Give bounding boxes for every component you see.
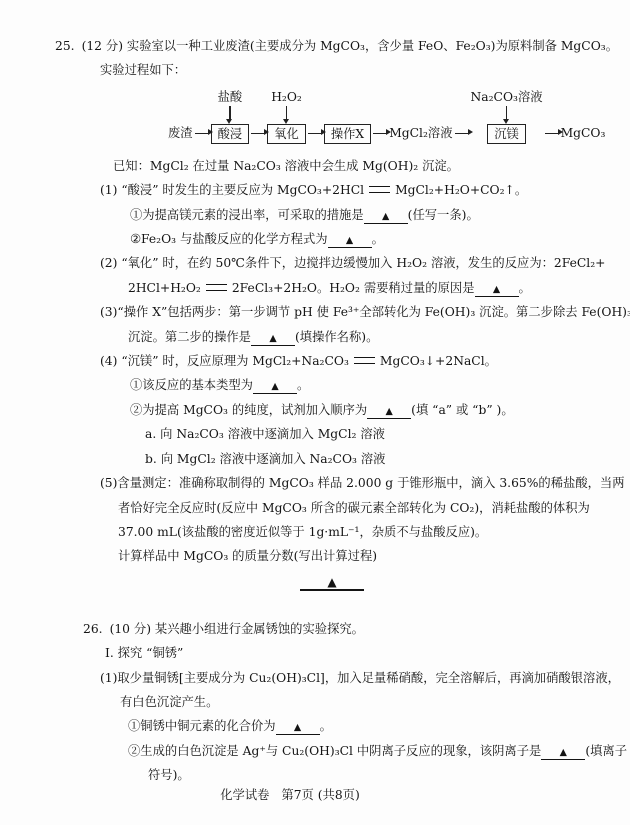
answer-area-blank: ▲ (300, 574, 364, 591)
q26-section1-title: I. 探究 “铜锈” (105, 641, 630, 665)
q25-part5-line4: 计算样品中 MgCO₃ 的质量分数(写出计算过程) (118, 544, 630, 568)
q26-header-line: 26.(10 分) 某兴趣小组进行金属锈蚀的实验探究。 (83, 617, 630, 641)
arrow-right-icon (545, 133, 558, 134)
q26-number: 26. (83, 622, 103, 636)
exam-page: 25.(12 分) 实验室以一种工业废渣(主要成分为 MgCO₃，含少量 FeO… (0, 0, 630, 825)
arrow-down-icon (229, 106, 230, 119)
q25-part4-post: MgCO₃↓+2NaCl。 (380, 354, 497, 368)
q25-part3-line2: 沉淀。第二步的操作是▲(填操作名称)。 (128, 325, 630, 349)
answer-blank: ▲ (364, 211, 408, 224)
answer-blank: ▲ (251, 333, 295, 346)
q25-number: 25. (55, 39, 75, 53)
arrow-down-icon (286, 106, 287, 119)
q26-sub1-tail: 。 (320, 719, 332, 733)
answer-blank: ▲ (541, 747, 585, 760)
q25-process-label: 实验过程如下： (100, 58, 630, 82)
q26-part1-line2: 有白色沉淀产生。 (120, 690, 630, 714)
question-26: 26.(10 分) 某兴趣小组进行金属锈蚀的实验探究。 I. 探究 “铜锈” (… (0, 617, 630, 788)
q26-part1-line1: (1)取少量铜锈[主要成分为 Cu₂(OH)₃Cl]，加入足量稀硝酸，完全溶解后… (100, 666, 630, 690)
q25-part4-sub2-tail: (填 “a” 或 “b” )。 (411, 403, 513, 417)
q25-part5-line3: 37.00 mL(该盐酸的密度近似等于 1g·mL⁻¹，杂质不与盐酸反应)。 (118, 520, 630, 544)
q25-part1-pre: (1) “酸浸” 时发生的主要反应为 MgCO₃+2HCl (100, 183, 364, 197)
q25-part4-sub1-tail: 。 (297, 378, 309, 392)
footer-doc-title: 化学试卷 (220, 788, 269, 802)
q25-part2-tail: 。 (519, 281, 531, 295)
section-gap (0, 591, 630, 617)
flow-mgcl2-solution-label: MgCl₂溶液 (389, 125, 452, 142)
answer-blank: ▲ (276, 722, 320, 735)
q25-part2-line2: 2HCl+H₂O₂2FeCl₃+2H₂O。H₂O₂ 需要稍过量的原因是▲。 (128, 276, 630, 300)
q26-sub2-text: ②生成的白色沉淀是 Ag⁺与 Cu₂(OH)₃Cl 中阴离子反应的现象，该阴离子… (128, 744, 541, 758)
q25-option-a: a. 向 Na₂CO₃ 溶液中逐滴加入 MgCl₂ 溶液 (145, 422, 630, 446)
q25-option-b: b. 向 MgCl₂ 溶液中逐滴加入 Na₂CO₃ 溶液 (145, 447, 630, 471)
q25-header-line: 25.(12 分) 实验室以一种工业废渣(主要成分为 MgCO₃，含少量 FeO… (55, 34, 630, 58)
q25-part5-line2: 者恰好完全反应时(反应中 MgCO₃ 所含的碳元素全部转化为 CO₂)，消耗盐酸… (118, 496, 630, 520)
q25-part1-line: (1) “酸浸” 时发生的主要反应为 MgCO₃+2HClMgCl₂+H₂O+C… (100, 178, 630, 202)
q25-known-line: 已知：MgCl₂ 在过量 Na₂CO₃ 溶液中会生成 Mg(OH)₂ 沉淀。 (113, 154, 630, 178)
q25-part4-sub1-text: ①该反应的基本类型为 (130, 378, 253, 392)
arrow-down-icon (506, 106, 507, 119)
answer-blank: ▲ (475, 284, 519, 297)
q25-part2-line1: (2) “氧化” 时，在约 50℃条件下，边搅拌边缓慢加入 H₂O₂ 溶液，发生… (100, 251, 630, 275)
arrow-right-icon (308, 133, 321, 134)
flow-box-acid-leach: 酸浸 (211, 124, 250, 144)
q26-sub2-line1: ②生成的白色沉淀是 Ag⁺与 Cu₂(OH)₃Cl 中阴离子反应的现象，该阴离子… (128, 739, 630, 763)
flow-h2o2-input-label: H₂O₂ (271, 90, 302, 105)
chem-equals-sign (369, 186, 390, 193)
question-25: 25.(12 分) 实验室以一种工业废渣(主要成分为 MgCO₃，含少量 FeO… (0, 34, 630, 591)
process-flowchart: 废渣 盐酸 酸浸 H₂O₂ 氧化 操作X (0, 90, 630, 144)
q26-sub2-tail: (填离子 (585, 744, 627, 758)
q25-part4-sub2-text: ②为提高 MgCO₃ 的纯度，试剂加入顺序为 (130, 403, 367, 417)
arrow-right-icon (251, 133, 264, 134)
flow-na2co3-input-label: Na₂CO₃溶液 (471, 90, 543, 105)
flow-box-precipitate-mg: 沉镁 (487, 124, 526, 144)
flow-feedstock-label: 废渣 (168, 125, 193, 142)
q25-part4-sub2-line: ②为提高 MgCO₃ 的纯度，试剂加入顺序为▲(填 “a” 或 “b” )。 (130, 398, 630, 422)
page-footer: 化学试卷第7页 (共8页) (0, 786, 580, 804)
q25-part2-eq-right: 2FeCl₃+2H₂O。H₂O₂ 需要稍过量的原因是 (232, 281, 475, 295)
q25-part3-tail: (填操作名称)。 (295, 330, 378, 344)
q25-part4-line: (4) “沉镁” 时，反应原理为 MgCl₂+Na₂CO₃MgCO₃↓+2NaC… (100, 349, 630, 373)
arrow-right-icon (195, 133, 208, 134)
q25-intro-text: (12 分) 实验室以一种工业废渣(主要成分为 MgCO₃，含少量 FeO、Fe… (82, 39, 618, 53)
chem-equals-sign (206, 284, 227, 291)
flow-station-oxidize: H₂O₂ 氧化 (267, 90, 306, 144)
q25-part1-post: MgCl₂+H₂O+CO₂↑。 (395, 183, 527, 197)
q25-part3-line1: (3)“操作 X”包括两步：第一步调节 pH 使 Fe³⁺全部转化为 Fe(OH… (100, 300, 630, 324)
footer-page-number: 第7页 (共8页) (281, 788, 359, 802)
q25-part1-sub1-text: ①为提高镁元素的浸出率，可采取的措施是 (130, 208, 364, 222)
q25-part1-sub1-line: ①为提高镁元素的浸出率，可采取的措施是▲(任写一条)。 (130, 203, 630, 227)
q25-part4-sub1-line: ①该反应的基本类型为▲。 (130, 373, 630, 397)
q26-sub1-text: ①铜锈中铜元素的化合价为 (128, 719, 276, 733)
q25-part1-sub1-tail: (任写一条)。 (408, 208, 479, 222)
q25-part1-sub2-text: ②Fe₂O₃ 与盐酸反应的化学方程式为 (130, 232, 328, 246)
q26-sub2-line2: 符号)。 (148, 763, 630, 787)
flow-hcl-input-label: 盐酸 (218, 90, 243, 105)
q25-part1-sub2-tail: 。 (372, 232, 384, 246)
answer-blank: ▲ (367, 406, 411, 419)
q26-sub1-line: ①铜锈中铜元素的化合价为▲。 (128, 714, 630, 738)
q25-part3-text: 沉淀。第二步的操作是 (128, 330, 251, 344)
chem-equals-sign (354, 357, 375, 364)
flow-box-operation-x: 操作X (324, 124, 371, 144)
flow-station-precipitate-mg: Na₂CO₃溶液 沉镁 (471, 90, 543, 144)
flow-box-oxidize: 氧化 (267, 124, 306, 144)
flow-product-label: MgCO₃ (561, 125, 606, 142)
q25-part4-pre: (4) “沉镁” 时，反应原理为 MgCl₂+Na₂CO₃ (100, 354, 349, 368)
q25-part2-eq-left: 2HCl+H₂O₂ (128, 281, 201, 295)
q25-part1-sub2-line: ②Fe₂O₃ 与盐酸反应的化学方程式为▲。 (130, 227, 630, 251)
q25-part5-line1: (5)含量测定：准确称取制得的 MgCO₃ 样品 2.000 g 于锥形瓶中，滴… (100, 471, 630, 495)
arrow-right-icon (455, 133, 468, 134)
flow-station-acid-leach: 盐酸 酸浸 (211, 90, 250, 144)
answer-blank: ▲ (253, 381, 297, 394)
arrow-right-icon (373, 133, 386, 134)
flowchart-row: 废渣 盐酸 酸浸 H₂O₂ 氧化 操作X (168, 90, 630, 144)
q26-intro-text: (10 分) 某兴趣小组进行金属锈蚀的实验探究。 (110, 622, 364, 636)
answer-blank: ▲ (328, 235, 372, 248)
page-content: 25.(12 分) 实验室以一种工业废渣(主要成分为 MgCO₃，含少量 FeO… (0, 0, 630, 788)
